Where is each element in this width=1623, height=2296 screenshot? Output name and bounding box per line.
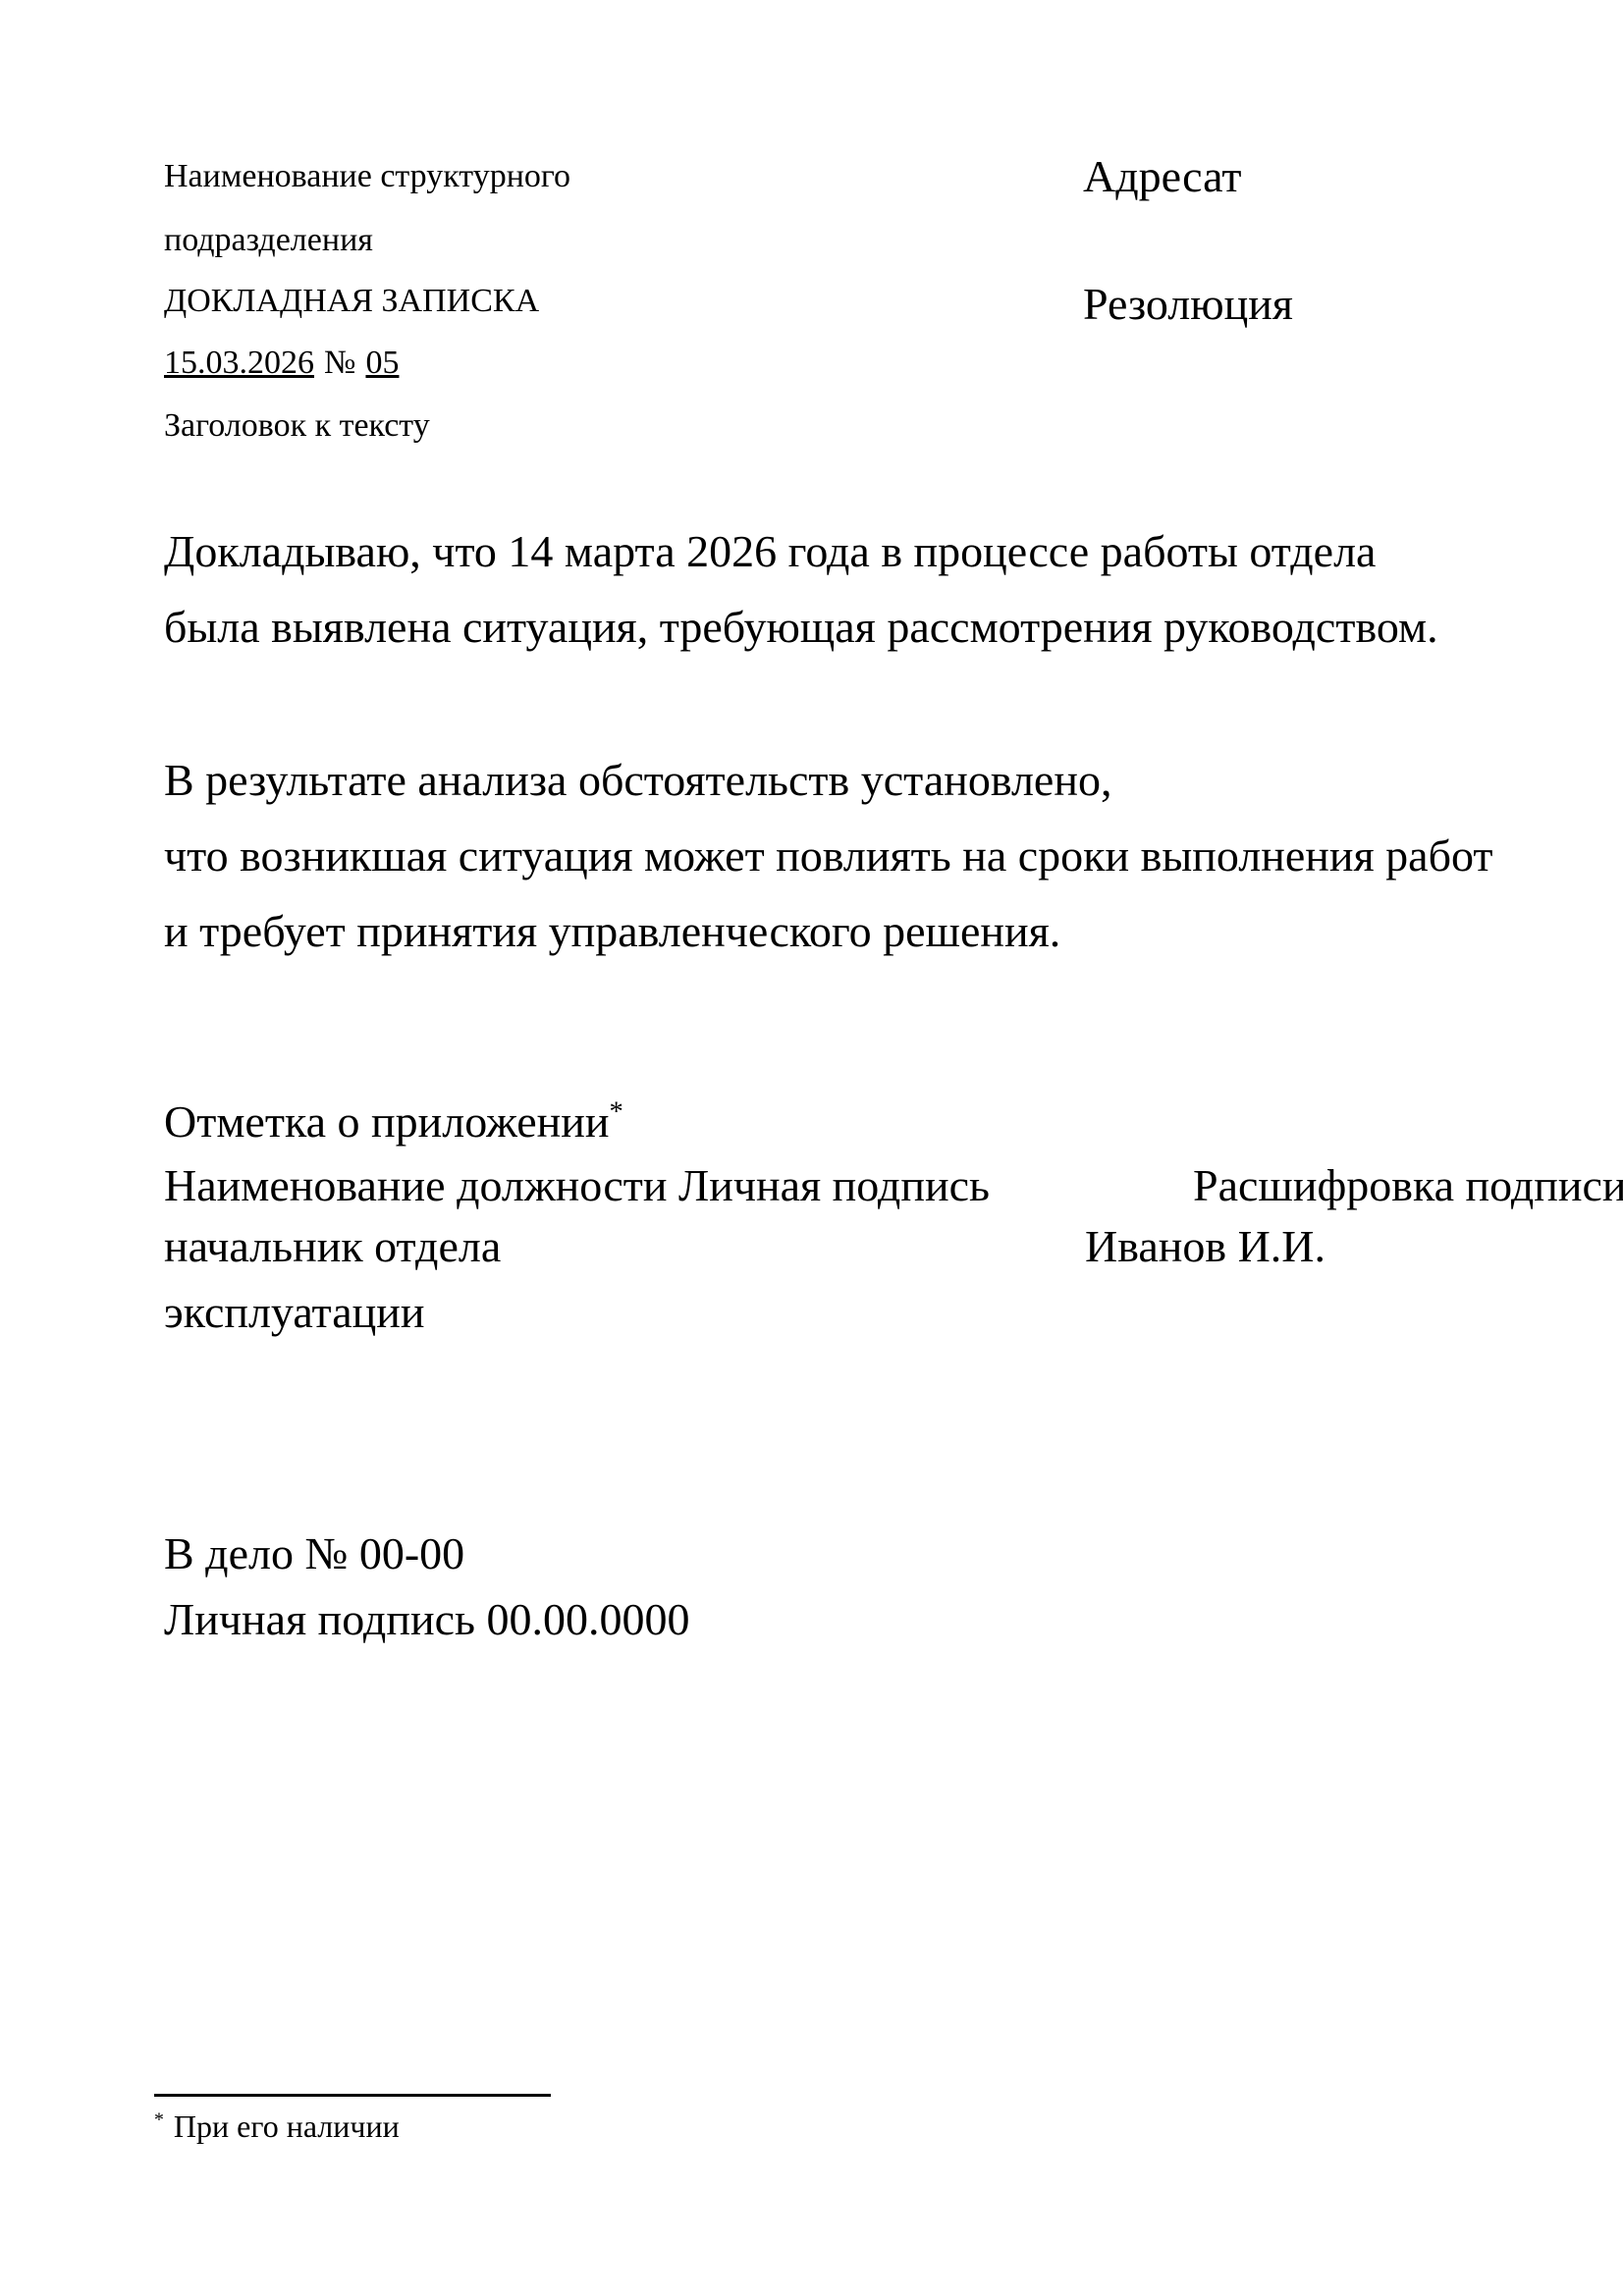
footnote-marker: * (154, 2109, 164, 2130)
personal-signature-column-label: Личная подпись (678, 1160, 990, 1212)
position-column-label: Наименование должности (164, 1160, 668, 1212)
subject-heading: Заголовок к тексту (164, 406, 430, 445)
body-paragraph2-line2: что возникшая ситуация может повлиять на… (164, 830, 1492, 882)
signer-position-line2: эксплуатации (164, 1287, 425, 1339)
number-sign: № (314, 345, 365, 381)
attachment-note-label: Отметка о приложении (164, 1096, 610, 1147)
addressee-label: Адресат (1083, 151, 1242, 203)
doc-number: 05 (365, 345, 399, 381)
signature-transcript-column-label: Расшифровка подписи (1193, 1160, 1623, 1212)
body-paragraph1-line1: Докладываю, что 14 марта 2026 года в про… (164, 526, 1376, 578)
footnote: *При его наличии (154, 2109, 400, 2145)
doc-date-number: 15.03.2026№05 (164, 344, 399, 382)
unit-name-line1: Наименование структурного (164, 157, 570, 195)
body-paragraph2-line1: В результате анализа обстоятельств устан… (164, 755, 1111, 807)
signer-position-line1: начальник отдела (164, 1221, 501, 1273)
signer-name: Иванов И.И. (1085, 1221, 1325, 1273)
filing-signature-line: Личная подпись 00.00.0000 (164, 1594, 689, 1646)
doc-date: 15.03.2026 (164, 345, 314, 381)
attachment-footnote-marker: * (610, 1097, 623, 1128)
body-paragraph2-line3: и требует принятия управленческого решен… (164, 906, 1060, 958)
resolution-label: Резолюция (1083, 279, 1293, 331)
footnote-text: При его наличии (174, 2109, 400, 2144)
filing-case-line: В дело № 00-00 (164, 1528, 464, 1580)
footnote-separator (154, 2094, 551, 2097)
attachment-note: Отметка о приложении* (164, 1096, 623, 1148)
doc-type-title: ДОКЛАДНАЯ ЗАПИСКА (164, 282, 539, 320)
unit-name-line2: подразделения (164, 221, 373, 259)
body-paragraph1-line2: была выявлена ситуация, требующая рассмо… (164, 602, 1438, 654)
document-page: Наименование структурного подразделения … (0, 0, 1623, 2296)
